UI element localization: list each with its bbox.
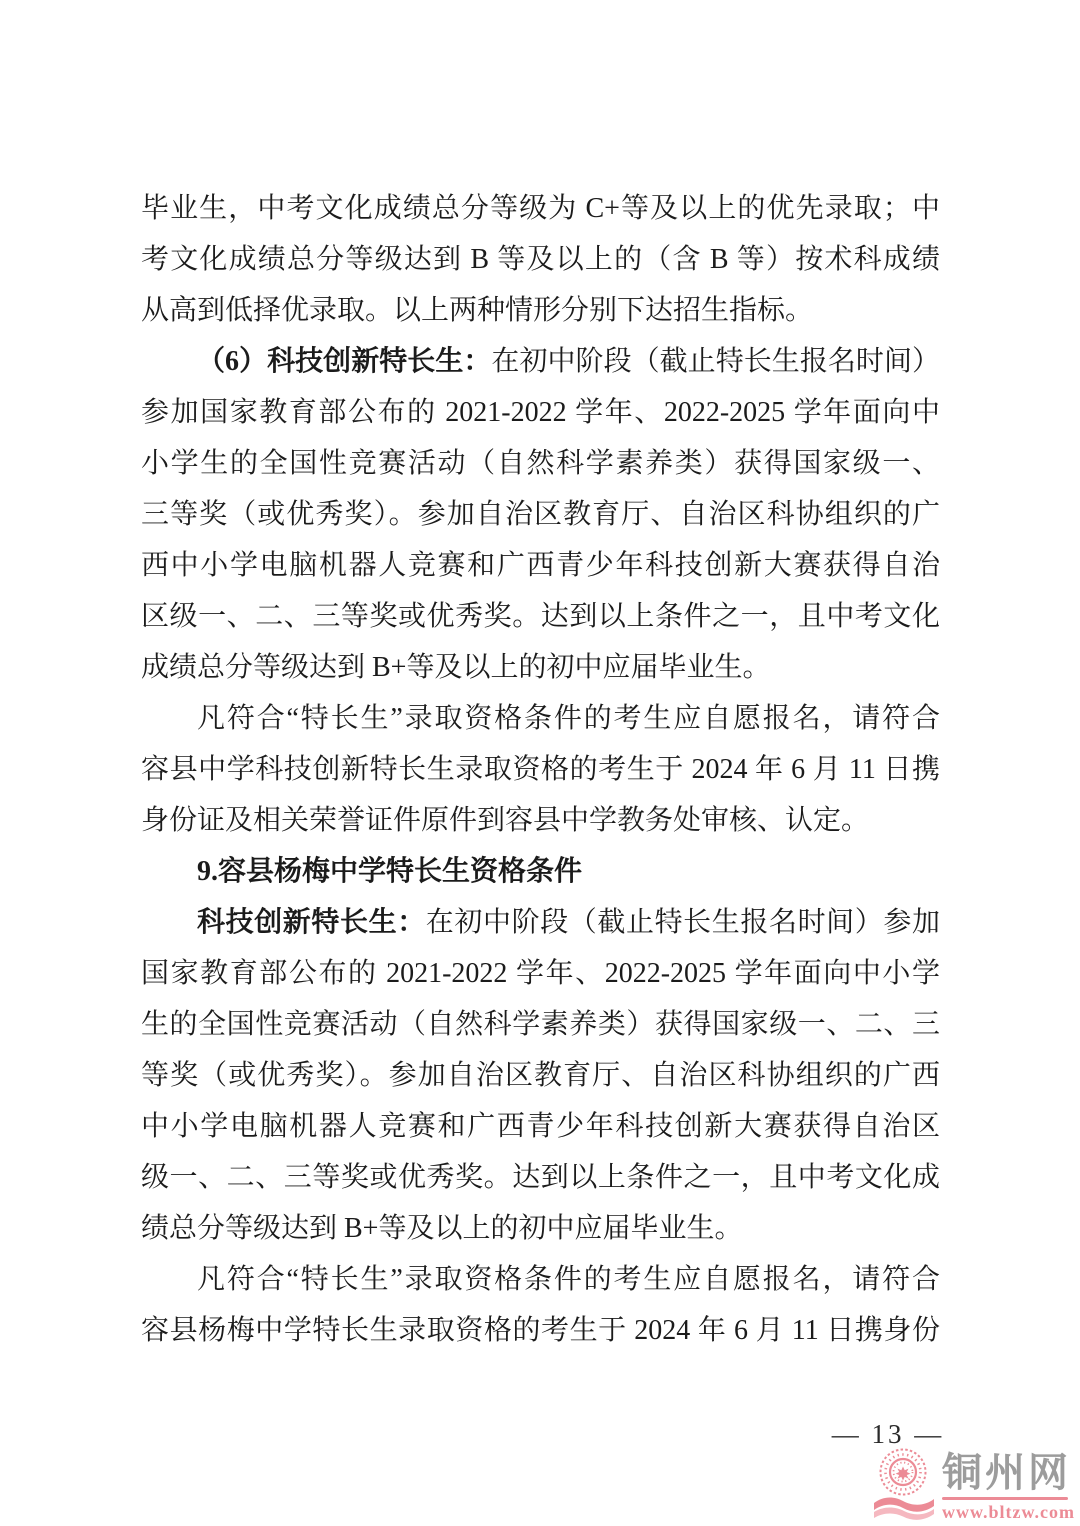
text-segment: 容县杨梅中学特长生录取资格的考生于 2024 年 6 月 11 日携身份 [141,1315,940,1346]
text-segment: 毕业生，中考文化成绩总分等级为 C+等及以上的优先录取；中 [141,193,940,224]
bold-text-segment: 9.容县杨梅中学特长生资格条件 [197,856,582,887]
text-line: 等奖（或优秀奖）。参加自治区教育厅、自治区科协组织的广西 [141,1050,940,1101]
text-line: 三等奖（或优秀奖）。参加自治区教育厅、自治区科协组织的广 [141,489,940,540]
text-line: 容县中学科技创新特长生录取资格的考生于 2024 年 6 月 11 日携 [141,744,940,795]
text-line: 中小学电脑机器人竞赛和广西青少年科技创新大赛获得自治区 [141,1101,940,1152]
bold-text-segment: （6）科技创新特长生： [197,346,491,377]
site-name: 铜州网 [942,1452,1075,1494]
text-line: （6）科技创新特长生：在初中阶段（截止特长生报名时间） [141,336,940,387]
text-segment: 在初中阶段（截止特长生报名时间） [491,346,940,377]
text-line: 绩总分等级达到 B+等及以上的初中应届毕业生。 [141,1203,940,1254]
text-line: 9.容县杨梅中学特长生资格条件 [141,846,940,897]
text-line: 科技创新特长生：在初中阶段（截止特长生报名时间）参加 [141,897,940,948]
text-line: 从高到低择优录取。以上两种情形分别下达招生指标。 [141,285,940,336]
text-line: 凡符合“特长生”录取资格条件的考生应自愿报名，请符合 [141,693,940,744]
text-segment: 考文化成绩总分等级达到 B 等及以上的（含 B 等）按术科成绩 [141,244,940,275]
text-segment: 生的全国性竞赛活动（自然科学素养类）获得国家级一、二、三 [141,1009,940,1040]
text-segment: 级一、二、三等奖或优秀奖。达到以上条件之一，且中考文化成 [141,1162,940,1193]
text-segment: 西中小学电脑机器人竞赛和广西青少年科技创新大赛获得自治 [141,550,940,581]
text-line: 国家教育部公布的 2021-2022 学年、2022-2025 学年面向中小学 [141,948,940,999]
text-line: 区级一、二、三等奖或优秀奖。达到以上条件之一，且中考文化 [141,591,940,642]
text-segment: 绩总分等级达到 B+等及以上的初中应届毕业生。 [141,1213,742,1244]
text-segment: 区级一、二、三等奖或优秀奖。达到以上条件之一，且中考文化 [141,601,940,632]
site-url: www.bltzw.com [942,1502,1075,1522]
site-name-underline [942,1497,1068,1500]
text-line: 考文化成绩总分等级达到 B 等及以上的（含 B 等）按术科成绩 [141,234,940,285]
text-line: 级一、二、三等奖或优秀奖。达到以上条件之一，且中考文化成 [141,1152,940,1203]
text-segment: 参加国家教育部公布的 2021-2022 学年、2022-2025 学年面向中 [141,397,940,428]
text-block: 毕业生，中考文化成绩总分等级为 C+等及以上的优先录取；中考文化成绩总分等级达到… [141,183,940,1356]
site-watermark-texts: 铜州网 www.bltzw.com [942,1446,1075,1522]
text-segment: 容县中学科技创新特长生录取资格的考生于 2024 年 6 月 11 日携 [141,754,940,785]
text-segment: 三等奖（或优秀奖）。参加自治区教育厅、自治区科协组织的广 [141,499,940,530]
text-line: 小学生的全国性竞赛活动（自然科学素养类）获得国家级一、二、 [141,438,940,489]
text-segment: 凡符合“特长生”录取资格条件的考生应自愿报名，请符合 [197,703,940,734]
text-line: 西中小学电脑机器人竞赛和广西青少年科技创新大赛获得自治 [141,540,940,591]
text-line: 生的全国性竞赛活动（自然科学素养类）获得国家级一、二、三 [141,999,940,1050]
text-segment: 身份证及相关荣誉证件原件到容县中学教务处审核、认定。 [141,805,869,836]
text-segment: 从高到低择优录取。以上两种情形分别下达招生指标。 [141,295,813,326]
text-line: 参加国家教育部公布的 2021-2022 学年、2022-2025 学年面向中 [141,387,940,438]
text-segment: 小学生的全国性竞赛活动（自然科学素养类）获得国家级一、二、 [141,448,940,489]
document-page: 毕业生，中考文化成绩总分等级为 C+等及以上的优先录取；中考文化成绩总分等级达到… [0,0,1080,1526]
text-segment: 凡符合“特长生”录取资格条件的考生应自愿报名，请符合 [197,1264,940,1295]
text-segment: 中小学电脑机器人竞赛和广西青少年科技创新大赛获得自治区 [141,1111,940,1142]
text-line: 凡符合“特长生”录取资格条件的考生应自愿报名，请符合 [141,1254,940,1305]
text-segment: 在初中阶段（截止特长生报名时间）参加 [426,907,940,938]
text-line: 毕业生，中考文化成绩总分等级为 C+等及以上的优先录取；中 [141,183,940,234]
site-logo-medallion-icon [873,1446,935,1526]
bold-text-segment: 科技创新特长生： [197,907,426,938]
text-line: 成绩总分等级达到 B+等及以上的初中应届毕业生。 [141,642,940,693]
site-watermark: 铜州网 www.bltzw.com [873,1446,1073,1526]
text-segment: 等奖（或优秀奖）。参加自治区教育厅、自治区科协组织的广西 [141,1060,940,1091]
text-line: 容县杨梅中学特长生录取资格的考生于 2024 年 6 月 11 日携身份 [141,1305,940,1356]
text-line: 身份证及相关荣誉证件原件到容县中学教务处审核、认定。 [141,795,940,846]
text-segment: 成绩总分等级达到 B+等及以上的初中应届毕业生。 [141,652,770,683]
text-segment: 国家教育部公布的 2021-2022 学年、2022-2025 学年面向中小学 [141,958,940,989]
